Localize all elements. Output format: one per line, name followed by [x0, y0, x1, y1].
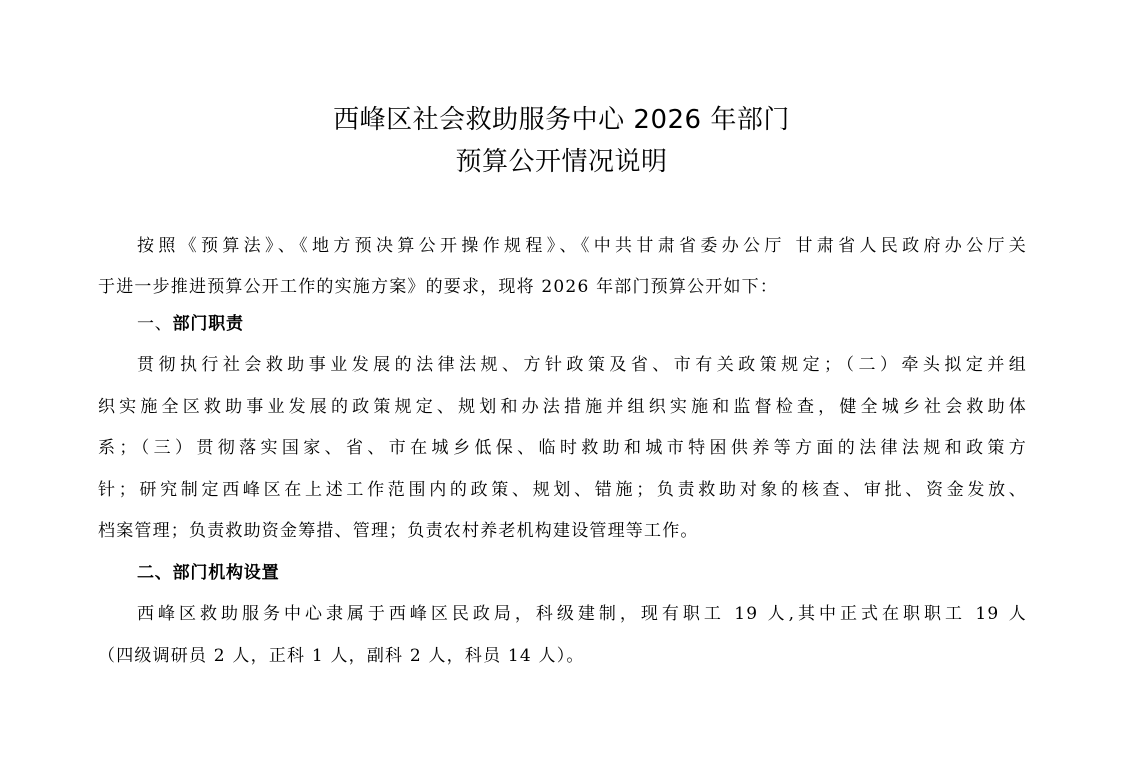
section-2-heading: 二、部门机构设置 [137, 565, 279, 582]
intro-paragraph-line-2: 于进一步推进预算公开工作的实施方案》的要求，现将 2026 年部门预算公开如下： [98, 279, 778, 296]
section-1-heading: 一、部门职责 [137, 316, 244, 333]
section-1-line-1: 贯彻执行社会救助事业发展的法律法规、方针政策及省、市有关政策规定；（二）牵头拟定… [137, 357, 1027, 374]
intro-paragraph-line-1: 按照《预算法》、《地方预决算公开操作规程》、《中共甘肃省委办公厅 甘肃省人民政府… [137, 238, 1027, 255]
section-1-line-1-text: 贯彻执行社会救助事业发展的法律法规、方针政策及省、市有关政策规定；（二）牵头拟定… [137, 357, 1027, 374]
section-2-title: 部门机构设置 [173, 563, 280, 583]
section-1-number: 一、 [137, 314, 173, 334]
document-page: 西峰区社会救助服务中心 2026 年部门 预算公开情况说明 按照《预算法》、《地… [0, 0, 1123, 779]
section-1-title: 部门职责 [173, 314, 244, 334]
section-2-line-1-text: 西峰区救助服务中心隶属于西峰区民政局，科级建制，现有职工 19 人,其中正式在职… [137, 606, 1027, 623]
document-title-line-2: 预算公开情况说明 [0, 149, 1123, 175]
section-1-line-4: 针；研究制定西峰区在上述工作范围内的政策、规划、错施；负责救助对象的核查、审批、… [98, 482, 1027, 499]
section-2-number: 二、 [137, 563, 173, 583]
document-title-line-1: 西峰区社会救助服务中心 2026 年部门 [0, 107, 1123, 133]
section-1-line-5: 档案管理；负责救助资金筹措、管理；负责农村养老机构建设管理等工作。 [98, 523, 699, 540]
section-1-line-2: 织实施全区救助事业发展的政策规定、规划和办法措施并组织实施和监督检查，健全城乡社… [98, 399, 1027, 416]
section-1-line-3: 系；（三）贯彻落实国家、省、市在城乡低保、临时救助和城市特困供养等方面的法律法规… [98, 440, 1027, 457]
section-1-line-2-text: 织实施全区救助事业发展的政策规定、规划和办法措施并组织实施和监督检查，健全城乡社… [98, 399, 1027, 416]
section-1-line-3-text: 系；（三）贯彻落实国家、省、市在城乡低保、临时救助和城市特困供养等方面的法律法规… [98, 440, 1027, 457]
intro-line-1-text: 按照《预算法》、《地方预决算公开操作规程》、《中共甘肃省委办公厅 甘肃省人民政府… [137, 238, 1027, 255]
section-1-line-4-text: 针；研究制定西峰区在上述工作范围内的政策、规划、错施；负责救助对象的核查、审批、… [98, 482, 1027, 499]
section-2-line-1: 西峰区救助服务中心隶属于西峰区民政局，科级建制，现有职工 19 人,其中正式在职… [137, 606, 1027, 623]
section-2-line-2: （四级调研员 2 人，正科 1 人，副科 2 人，科员 14 人）。 [98, 648, 585, 665]
